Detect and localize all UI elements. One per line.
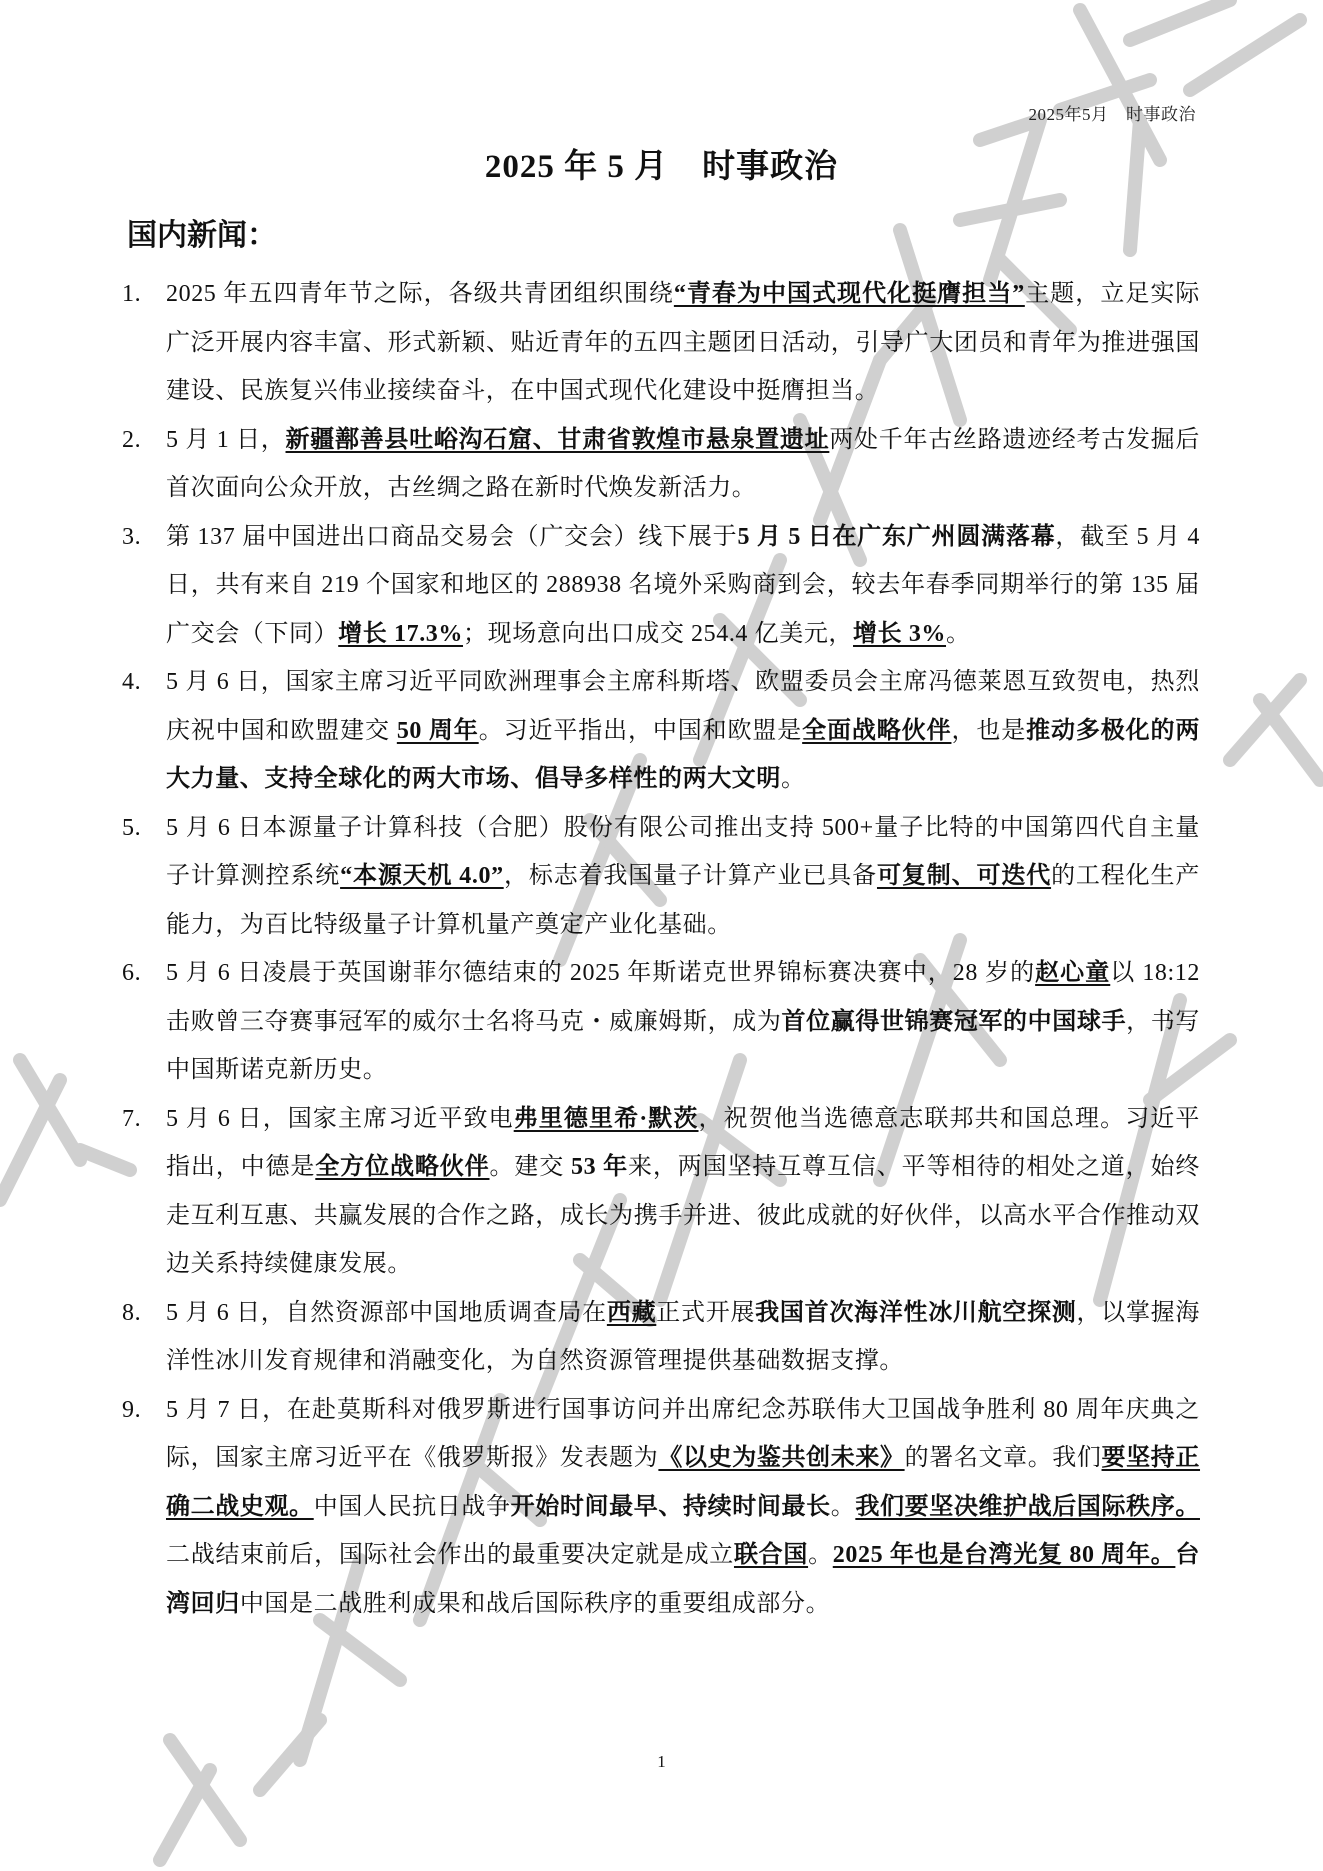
running-header: 2025年5月 时事政治 xyxy=(1029,100,1197,125)
news-item: 5.5 月 6 日本源量子计算科技（合肥）股份有限公司推出支持 500+量子比特… xyxy=(122,804,1200,950)
news-item: 3.第 137 届中国进出口商品交易会（广交会）线下展于5 月 5 日在广东广州… xyxy=(122,513,1200,659)
bold-text: 53 年 xyxy=(571,1154,628,1180)
news-item: 8.5 月 6 日，自然资源部中国地质调查局在西藏正式开展我国首次海洋性冰川航空… xyxy=(122,1289,1200,1386)
body-text: 中国是二战胜利成果和战后国际秩序的重要组成部分。 xyxy=(240,1591,830,1617)
highlighted-keyphrase: 我们要坚决维护战后国际秩序。 xyxy=(855,1494,1200,1520)
body-text: 。 xyxy=(808,1542,833,1568)
news-item: 1.2025 年五四青年节之际，各级共青团组织围绕“青春为中国式现代化挺膺担当”… xyxy=(122,270,1200,416)
highlighted-keyphrase: 增长 17.3% xyxy=(338,621,463,647)
news-list: 1.2025 年五四青年节之际，各级共青团组织围绕“青春为中国式现代化挺膺担当”… xyxy=(122,270,1200,1628)
item-number: 3. xyxy=(122,513,141,562)
body-text: ；现场意向出口成交 254.4 亿美元， xyxy=(463,621,853,647)
bold-text: 首位赢得世锦赛冠军的中国球手 xyxy=(781,1009,1126,1035)
news-item: 7.5 月 6 日，国家主席习近平致电弗里德里希·默茨，祝贺他当选德意志联邦共和… xyxy=(122,1095,1200,1289)
highlighted-keyphrase: 增长 3% xyxy=(853,621,946,647)
body-text: 5 月 6 日，国家主席习近平致电 xyxy=(166,1106,514,1132)
item-number: 1. xyxy=(122,270,141,319)
page-number: 1 xyxy=(0,1752,1323,1772)
body-text: 。习近平指出，中国和欧盟是 xyxy=(479,718,802,744)
body-text: 中国人民抗日战争 xyxy=(314,1494,511,1520)
news-item: 4.5 月 6 日，国家主席习近平同欧洲理事会主席科斯塔、欧盟委员会主席冯德莱恩… xyxy=(122,658,1200,804)
body-text: 二战结束前后，国际社会作出的最重要决定就是成立 xyxy=(166,1542,734,1568)
bold-text: 5 月 5 日在广东广州圆满落幕 xyxy=(737,524,1055,550)
body-text: 。 xyxy=(831,1494,856,1520)
highlighted-keyphrase: 《以史为鉴共创未来》 xyxy=(658,1445,904,1471)
news-item: 9.5 月 7 日，在赴莫斯科对俄罗斯进行国事访问并出席纪念苏联伟大卫国战争胜利… xyxy=(122,1386,1200,1629)
highlighted-keyphrase: 联合国 xyxy=(734,1542,808,1568)
item-number: 2. xyxy=(122,416,141,465)
body-text: 。 xyxy=(781,766,806,792)
item-number: 6. xyxy=(122,949,141,998)
item-number: 8. xyxy=(122,1289,141,1338)
highlighted-keyphrase: 50 周年 xyxy=(397,718,479,744)
highlighted-keyphrase: 弗里德里希·默茨 xyxy=(514,1106,699,1132)
body-text: 第 137 届中国进出口商品交易会（广交会）线下展于 xyxy=(166,524,737,550)
news-item: 6.5 月 6 日凌晨于英国谢菲尔德结束的 2025 年斯诺克世界锦标赛决赛中，… xyxy=(122,949,1200,1095)
highlighted-keyphrase: “青春为中国式现代化挺膺担当” xyxy=(674,281,1025,307)
item-number: 7. xyxy=(122,1095,141,1144)
section-heading: 国内新闻： xyxy=(127,210,277,254)
highlighted-keyphrase: 全面战略伙伴 xyxy=(802,718,951,744)
highlighted-keyphrase: 可复制、可迭代 xyxy=(877,863,1051,889)
item-number: 9. xyxy=(122,1386,141,1435)
item-number: 5. xyxy=(122,804,141,853)
highlighted-keyphrase: 新疆鄯善县吐峪沟石窟、甘肃省敦煌市悬泉置遗址 xyxy=(286,427,830,453)
bold-text: 我国首次海洋性冰川航空探测 xyxy=(755,1300,1076,1326)
highlighted-keyphrase: 2025 年也是台湾光复 80 周年。 xyxy=(833,1542,1176,1568)
body-text: ，标志着我国量子计算产业已具备 xyxy=(504,863,877,889)
item-number: 4. xyxy=(122,658,141,707)
highlighted-keyphrase: “本源天机 4.0” xyxy=(340,863,504,889)
body-text: 。 xyxy=(946,621,971,647)
body-text: 5 月 1 日， xyxy=(166,427,286,453)
bold-text: 开始时间最早、持续时间最长 xyxy=(511,1494,831,1520)
highlighted-keyphrase: 赵心童 xyxy=(1035,960,1110,986)
body-text: 。建交 xyxy=(489,1154,571,1180)
highlighted-keyphrase: 西藏 xyxy=(607,1300,656,1326)
page-title: 2025 年 5 月 时事政治 xyxy=(0,140,1323,187)
body-text: 2025 年五四青年节之际，各级共青团组织围绕 xyxy=(166,281,674,307)
document-page: 2025年5月 时事政治 2025 年 5 月 时事政治 国内新闻： 1.202… xyxy=(0,0,1323,1871)
body-text: 的署名文章。我们 xyxy=(905,1445,1102,1471)
body-text: 正式开展 xyxy=(656,1300,755,1326)
news-item: 2.5 月 1 日，新疆鄯善县吐峪沟石窟、甘肃省敦煌市悬泉置遗址两处千年古丝路遗… xyxy=(122,416,1200,513)
body-text: ，也是 xyxy=(951,718,1026,744)
body-text: 5 月 6 日，自然资源部中国地质调查局在 xyxy=(166,1300,607,1326)
highlighted-keyphrase: 全方位战略伙伴 xyxy=(315,1154,489,1180)
body-text: 5 月 6 日凌晨于英国谢菲尔德结束的 2025 年斯诺克世界锦标赛决赛中，28… xyxy=(166,960,1035,986)
